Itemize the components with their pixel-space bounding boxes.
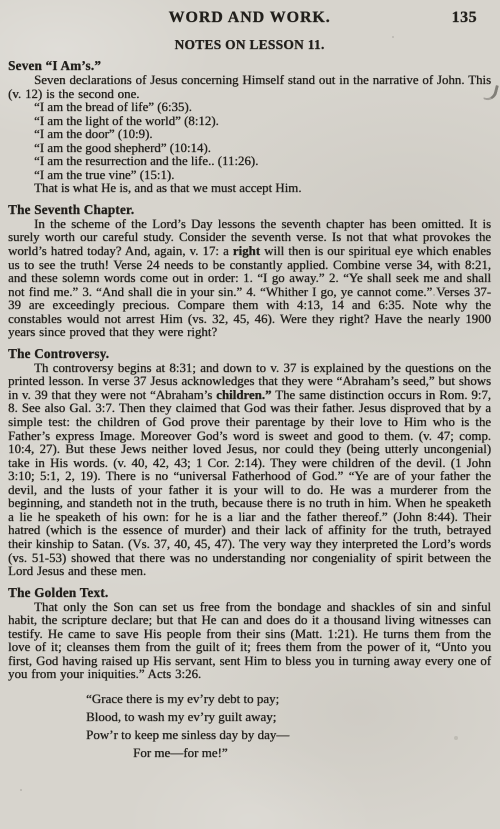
poem-line: Blood, to wash my ev’ry guilt away;	[86, 708, 491, 726]
section-heading-seventh-chapter: The Seventh Chapter.	[8, 203, 491, 217]
scanned-page: WORD AND WORK. 135 NOTES ON LESSON 11. S…	[0, 0, 500, 829]
paragraph-controversy: Th controversy begins at 8:31; and down …	[8, 362, 491, 579]
section-heading-controversy: The Controversy.	[8, 347, 491, 361]
scan-artifact	[483, 83, 499, 102]
paragraph-golden-text: That only the Son can set us free from t…	[8, 601, 491, 682]
lesson-title: NOTES ON LESSON 11.	[8, 38, 491, 52]
page-number: 135	[452, 9, 478, 27]
poem-line: For me—for me!”	[133, 744, 491, 762]
paragraph-seven-i-ams-intro: Seven declarations of Jesus concerning H…	[8, 74, 491, 101]
closing-line: That is what He is, and as that we must …	[8, 182, 491, 196]
declaration-line: “I am the true vine” (15:1).	[8, 169, 491, 183]
page-header: WORD AND WORK. 135	[8, 9, 491, 27]
paragraph-text: The same distinction occurs in Rom. 9:7,…	[8, 388, 491, 578]
declaration-line: “I am the door” (10:9).	[8, 128, 491, 142]
section-heading-golden-text: The Golden Text.	[8, 586, 491, 600]
bold-word: right	[233, 244, 260, 258]
declaration-line: “I am the light of the world” (8:12).	[8, 115, 491, 129]
scan-artifact	[0, 0, 2, 2]
poem: “Grace there is my ev’ry debt to pay; Bl…	[8, 690, 491, 762]
paragraph-text: will then is our spiritual eye which ena…	[8, 244, 491, 339]
section-heading-seven-i-ams: Seven “I Am’s.”	[8, 59, 491, 73]
poem-line: Pow’r to keep me sinless day by day—	[86, 726, 491, 744]
declaration-line: “I am the resurrection and the life.. (1…	[8, 155, 491, 169]
declaration-line: “I am the good shepherd” (10:14).	[8, 142, 491, 156]
poem-line: “Grace there is my ev’ry debt to pay;	[86, 690, 491, 708]
paragraph-seventh-chapter: In the scheme of the Lord’s Day lessons …	[8, 218, 491, 340]
bold-word: children.”	[216, 388, 271, 402]
journal-title: WORD AND WORK.	[168, 9, 330, 26]
declaration-line: “I am the bread of life” (6:35).	[8, 101, 491, 115]
